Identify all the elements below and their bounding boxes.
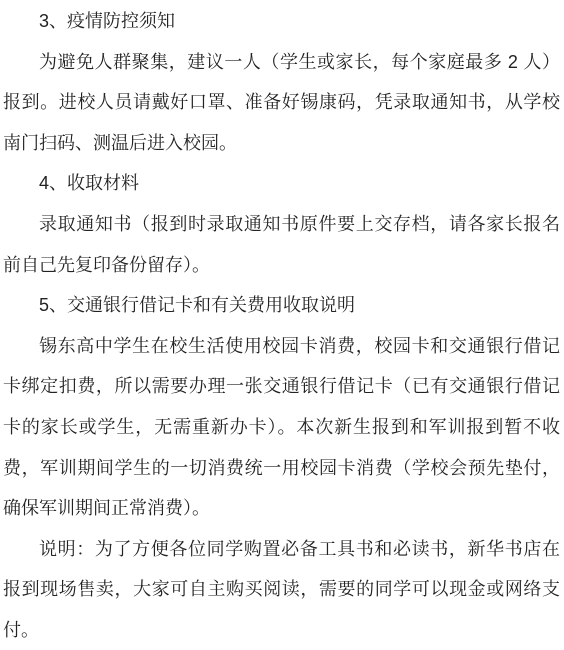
text-line: 录取通知书（报到时录取通知书原件要上交存档，请各家长报名: [3, 204, 560, 245]
heading-line: 4、收取材料: [3, 163, 560, 204]
text-line: 付。: [3, 610, 560, 650]
text-line: 确保军训期间正常消费）。: [3, 488, 560, 529]
heading-line: 5、交通银行借记卡和有关费用收取说明: [3, 285, 560, 326]
text-line: 为避免人群聚集，建议一人（学生或家长，每个家庭最多 2 人）: [3, 42, 560, 83]
text-line: 卡的家长或学生，无需重新办卡）。本次新生报到和军训报到暂不收: [3, 407, 560, 448]
text-line: 锡东高中学生在校生活使用校园卡消费，校园卡和交通银行借记: [3, 326, 560, 367]
document-page: 3、疫情防控须知为避免人群聚集，建议一人（学生或家长，每个家庭最多 2 人）报到…: [0, 0, 564, 650]
paragraph: 锡东高中学生在校生活使用校园卡消费，校园卡和交通银行借记卡绑定扣费，所以需要办理…: [3, 326, 560, 529]
paragraph: 录取通知书（报到时录取通知书原件要上交存档，请各家长报名前自己先复印备份留存）。: [3, 204, 560, 285]
text-line: 报到现场售卖，大家可自主购买阅读，需要的同学可以现金或网络支: [3, 569, 560, 610]
text-line: 卡绑定扣费，所以需要办理一张交通银行借记卡（已有交通银行借记: [3, 366, 560, 407]
heading-line: 3、疫情防控须知: [3, 1, 560, 42]
text-line: 报到。进校人员请戴好口罩、准备好锡康码，凭录取通知书，从学校: [3, 82, 560, 123]
paragraph: 说明：为了方便各位同学购置必备工具书和必读书，新华书店在报到现场售卖，大家可自主…: [3, 529, 560, 650]
section-heading: 3、疫情防控须知: [3, 1, 560, 42]
text-line: 前自己先复印备份留存）。: [3, 245, 560, 286]
section-heading: 4、收取材料: [3, 163, 560, 204]
text-line: 费，军训期间学生的一切消费统一用校园卡消费（学校会预先垫付，: [3, 448, 560, 489]
paragraph: 为避免人群聚集，建议一人（学生或家长，每个家庭最多 2 人）报到。进校人员请戴好…: [3, 42, 560, 164]
section-heading: 5、交通银行借记卡和有关费用收取说明: [3, 285, 560, 326]
text-line: 南门扫码、测温后进入校园。: [3, 123, 560, 164]
text-line: 说明：为了方便各位同学购置必备工具书和必读书，新华书店在: [3, 529, 560, 570]
